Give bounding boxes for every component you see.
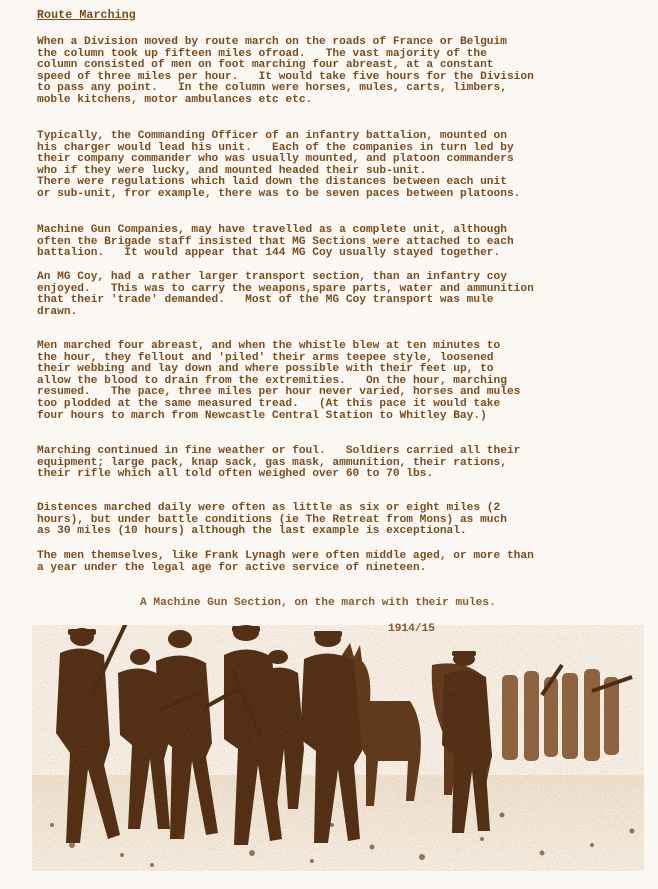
paragraph-mg-companies: Machine Gun Companies, may have travelle… [37, 225, 514, 260]
paragraph-commanding-officer: Typically, the Commanding Officer of an … [37, 131, 520, 201]
marching-soldiers-photo [32, 625, 644, 871]
photo-caption: A Machine Gun Section, on the march with… [140, 597, 496, 609]
document-page: Route Marching When a Division moved by … [0, 0, 658, 889]
paragraph-mg-transport: An MG Coy, had a rather larger transport… [37, 272, 534, 318]
paragraph-men-ages: The men themselves, like Frank Lynagh we… [37, 551, 534, 574]
paragraph-distances: Distences marched daily were often as li… [37, 503, 507, 538]
page-title: Route Marching [37, 9, 136, 22]
paragraph-division-march: When a Division moved by route march on … [37, 37, 534, 107]
photo-date: 1914/15 [388, 623, 435, 635]
paragraph-marching-routine: Men marched four abreast, and when the w… [37, 341, 520, 422]
paragraph-equipment: Marching continued in fine weather or fo… [37, 446, 520, 481]
